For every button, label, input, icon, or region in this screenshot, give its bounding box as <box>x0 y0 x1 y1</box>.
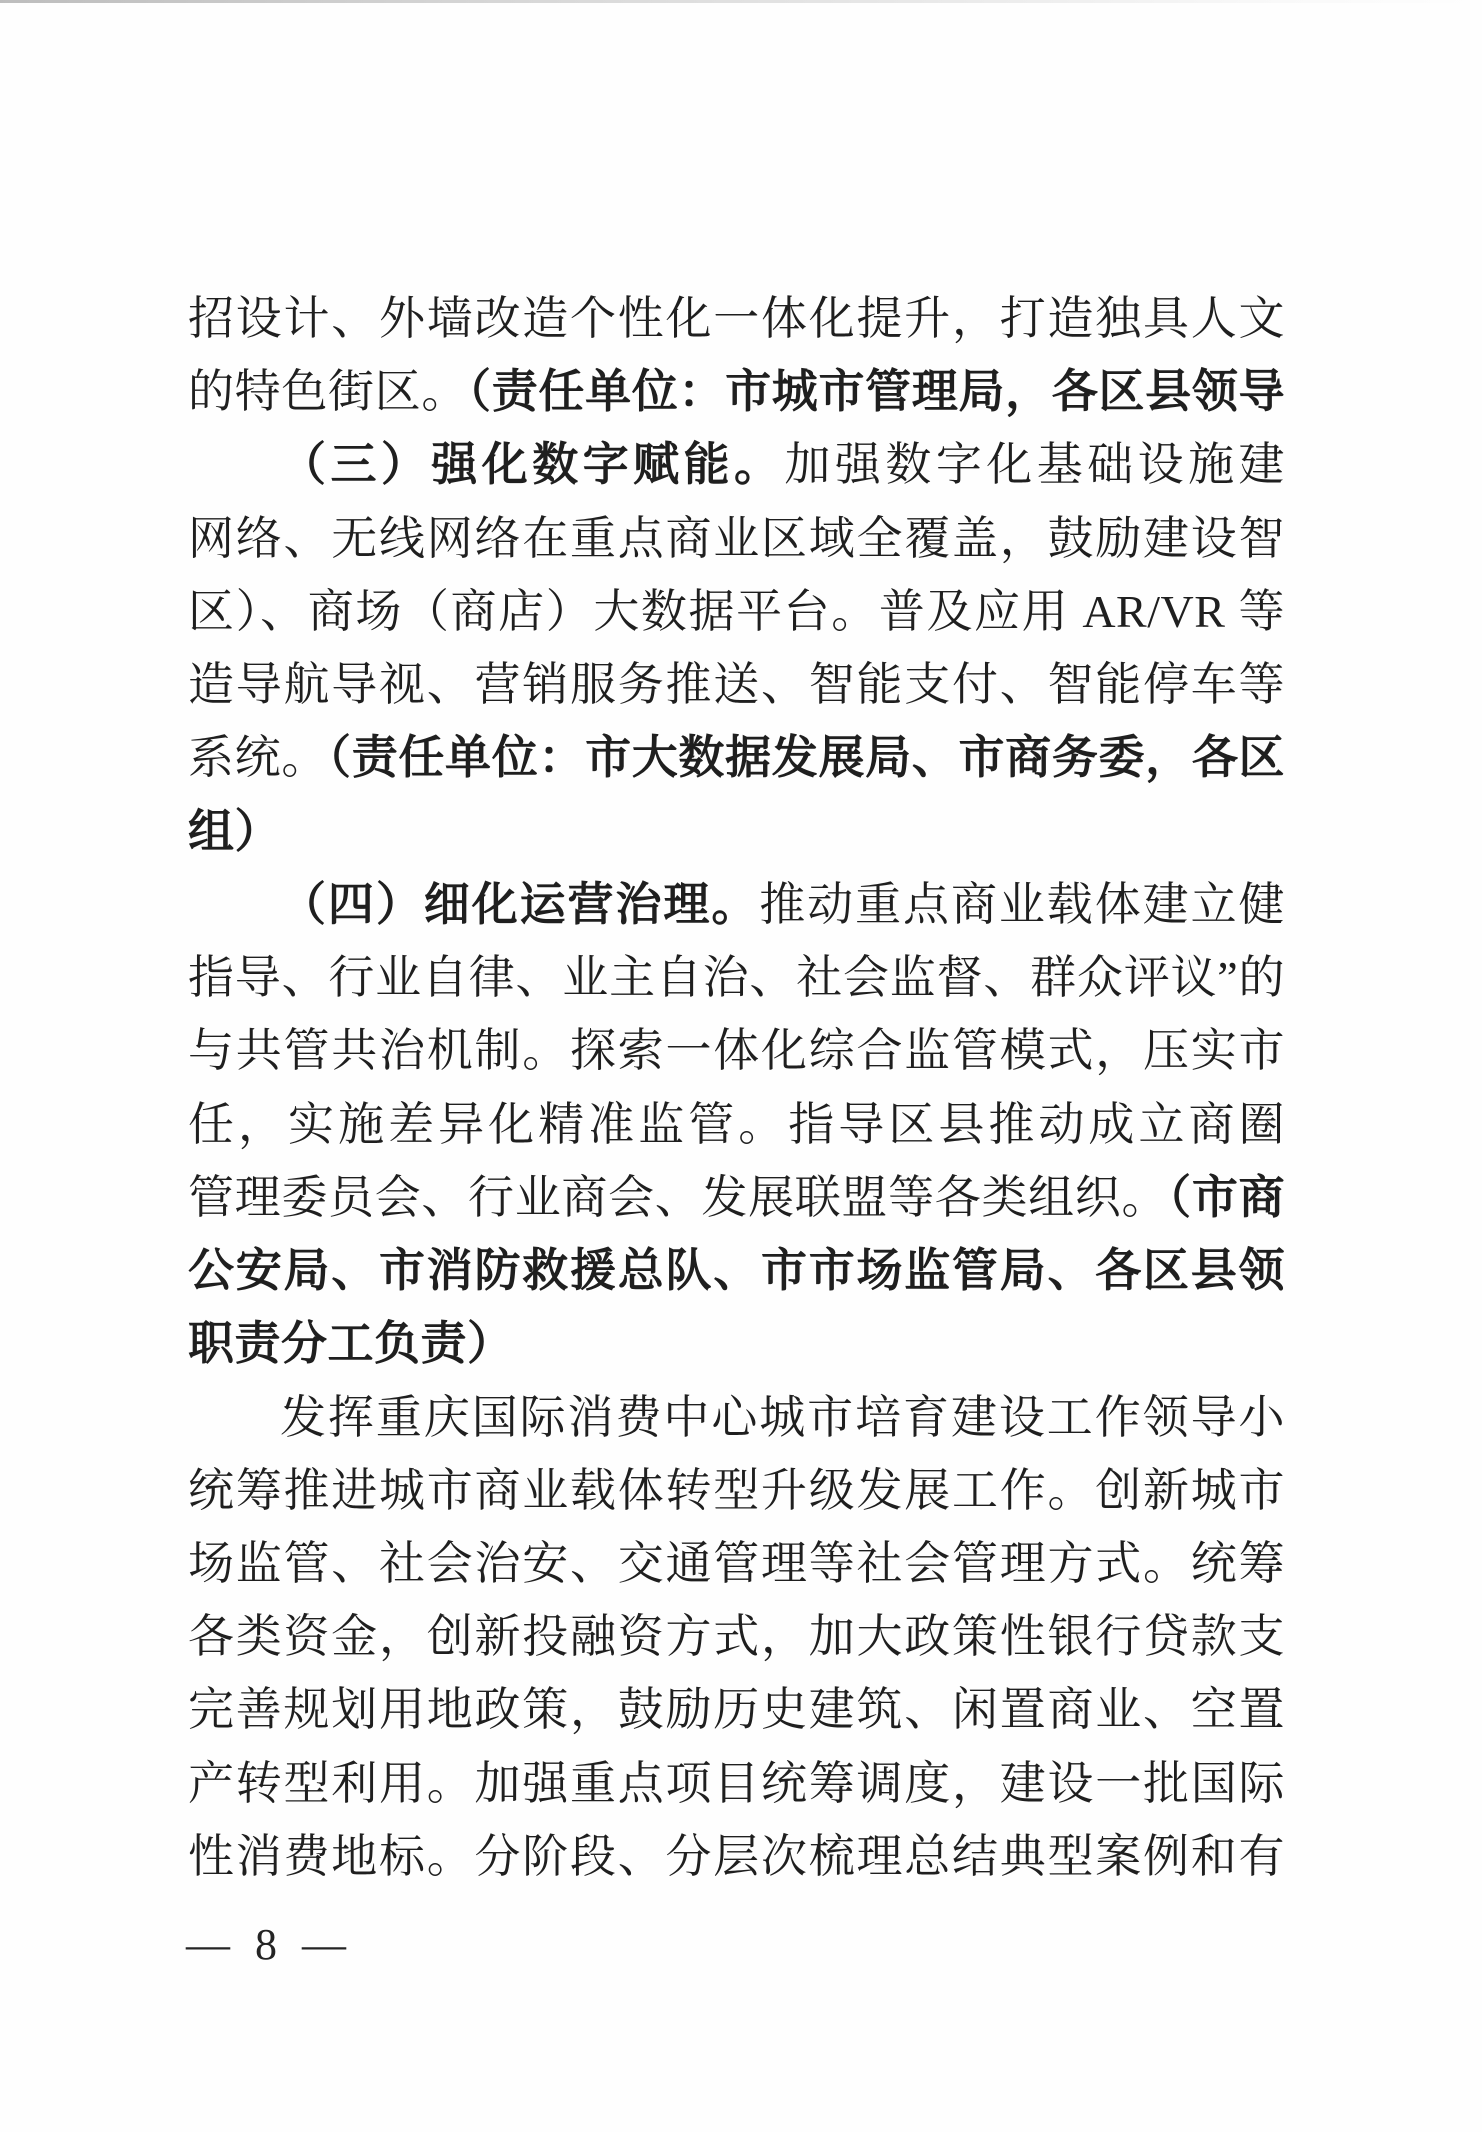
line-segment: 系统。 <box>188 732 328 783</box>
text-line: 完善规划用地政策，鼓励历史建筑、闲置商业、空置厂房等资 <box>188 1673 1285 1746</box>
line-segment: 区）、商场（商店）大数据平台。普及应用 AR/VR 等技术，打 <box>188 586 1285 648</box>
text-line: 性消费地标。分阶段、分层次梳理总结典型案例和有效模式， <box>188 1820 1285 1893</box>
line-segment: 网络、无线网络在重点商业区域全覆盖，鼓励建设智慧商圈（街 <box>188 513 1285 575</box>
scanned-document-page: 招设计、外墙改造个性化一体化提升，打造独具人文历史气息 的特色街区。（责任单位：… <box>0 0 1482 2132</box>
text-line: （三）强化数字赋能。加强数字化基础设施建设，实现 5G <box>188 428 1285 501</box>
line-segment: 发挥重庆国际消费中心城市培育建设工作领导小组作用， <box>280 1392 1285 1454</box>
text-line: 公安局、市消防救援总队、市市场监管局、各区县领导小组按 <box>188 1234 1285 1307</box>
document-body: 招设计、外墙改造个性化一体化提升，打造独具人文历史气息 的特色街区。（责任单位：… <box>188 282 1285 1893</box>
line-segment: 场监管、社会治安、交通管理等社会管理方式。统筹用好各级 <box>188 1538 1285 1600</box>
scan-edge-artifact <box>0 0 1482 3</box>
text-line: 与共管共治机制。探索一体化综合监管模式，压实市场主体责 <box>188 1014 1285 1087</box>
section-heading: （四）细化运营治理。 <box>280 879 759 930</box>
text-line: 组） <box>188 795 1285 868</box>
line-segment: 与共管共治机制。探索一体化综合监管模式，压实市场主体责 <box>188 1025 1285 1087</box>
text-line: 的特色街区。（责任单位：市城市管理局，各区县领导小组） <box>188 355 1285 428</box>
line-segment: 指导、行业自律、业主自治、社会监督、群众评议”的多方参 <box>188 952 1285 1014</box>
line-segment: 的特色街区。 <box>188 366 468 417</box>
text-line: 各类资金，创新投融资方式，加大政策性银行贷款支持力度。 <box>188 1600 1285 1673</box>
text-line: 网络、无线网络在重点商业区域全覆盖，鼓励建设智慧商圈（街 <box>188 502 1285 575</box>
duty-division-note: 职责分工负责） <box>188 1318 514 1369</box>
line-segment: 完善规划用地政策，鼓励历史建筑、闲置商业、空置厂房等资 <box>188 1684 1285 1746</box>
responsible-unit-note: （责任单位：市大数据发展局、市商务委，各区县领导小 <box>188 732 1285 794</box>
text-line: 职责分工负责） <box>188 1307 1285 1380</box>
line-segment: 造导航导视、营销服务推送、智能支付、智能停车等智慧消费 <box>188 659 1285 721</box>
line-segment: 各类资金，创新投融资方式，加大政策性银行贷款支持力度。 <box>188 1611 1285 1673</box>
line-segment: 招设计、外墙改造个性化一体化提升，打造独具人文历史气息 <box>188 293 1285 355</box>
line-segment: 管理委员会、行业商会、发展联盟等各类组织。 <box>188 1172 1168 1223</box>
page-number: — 8 — <box>186 1908 353 1981</box>
text-line: 统筹推进城市商业载体转型升级发展工作。创新城市管理、市 <box>188 1454 1285 1527</box>
section-heading: （三）强化数字赋能。 <box>280 439 784 490</box>
responsible-unit-note: 组） <box>188 806 281 857</box>
line-segment: 产转型利用。加强重点项目统筹调度，建设一批国际化、综合 <box>188 1758 1285 1820</box>
line-segment: 性消费地标。分阶段、分层次梳理总结典型案例和有效模式， <box>188 1831 1285 1893</box>
line-segment: 统筹推进城市商业载体转型升级发展工作。创新城市管理、市 <box>188 1465 1285 1527</box>
text-line: 系统。（责任单位：市大数据发展局、市商务委，各区县领导小 <box>188 721 1285 794</box>
text-line: 任，实施差异化精准监管。指导区县推动成立商圈（步行街） <box>188 1088 1285 1161</box>
text-line: （四）细化运营治理。推动重点商业载体建立健全“政府 <box>188 868 1285 941</box>
text-line: 招设计、外墙改造个性化一体化提升，打造独具人文历史气息 <box>188 282 1285 355</box>
text-line: 场监管、社会治安、交通管理等社会管理方式。统筹用好各级 <box>188 1527 1285 1600</box>
text-line: 造导航导视、营销服务推送、智能支付、智能停车等智慧消费 <box>188 648 1285 721</box>
line-segment: 任，实施差异化精准监管。指导区县推动成立商圈（步行街） <box>188 1099 1285 1161</box>
text-line: 区）、商场（商店）大数据平台。普及应用 AR/VR 等技术，打 <box>188 575 1285 648</box>
text-line: 指导、行业自律、业主自治、社会监督、群众评议”的多方参 <box>188 941 1285 1014</box>
text-line: 产转型利用。加强重点项目统筹调度，建设一批国际化、综合 <box>188 1747 1285 1820</box>
text-line: 发挥重庆国际消费中心城市培育建设工作领导小组作用， <box>188 1381 1285 1454</box>
duty-division-note: 公安局、市消防救援总队、市市场监管局、各区县领导小组按 <box>188 1245 1285 1307</box>
text-line: 管理委员会、行业商会、发展联盟等各类组织。（市商务委、市 <box>188 1161 1285 1234</box>
